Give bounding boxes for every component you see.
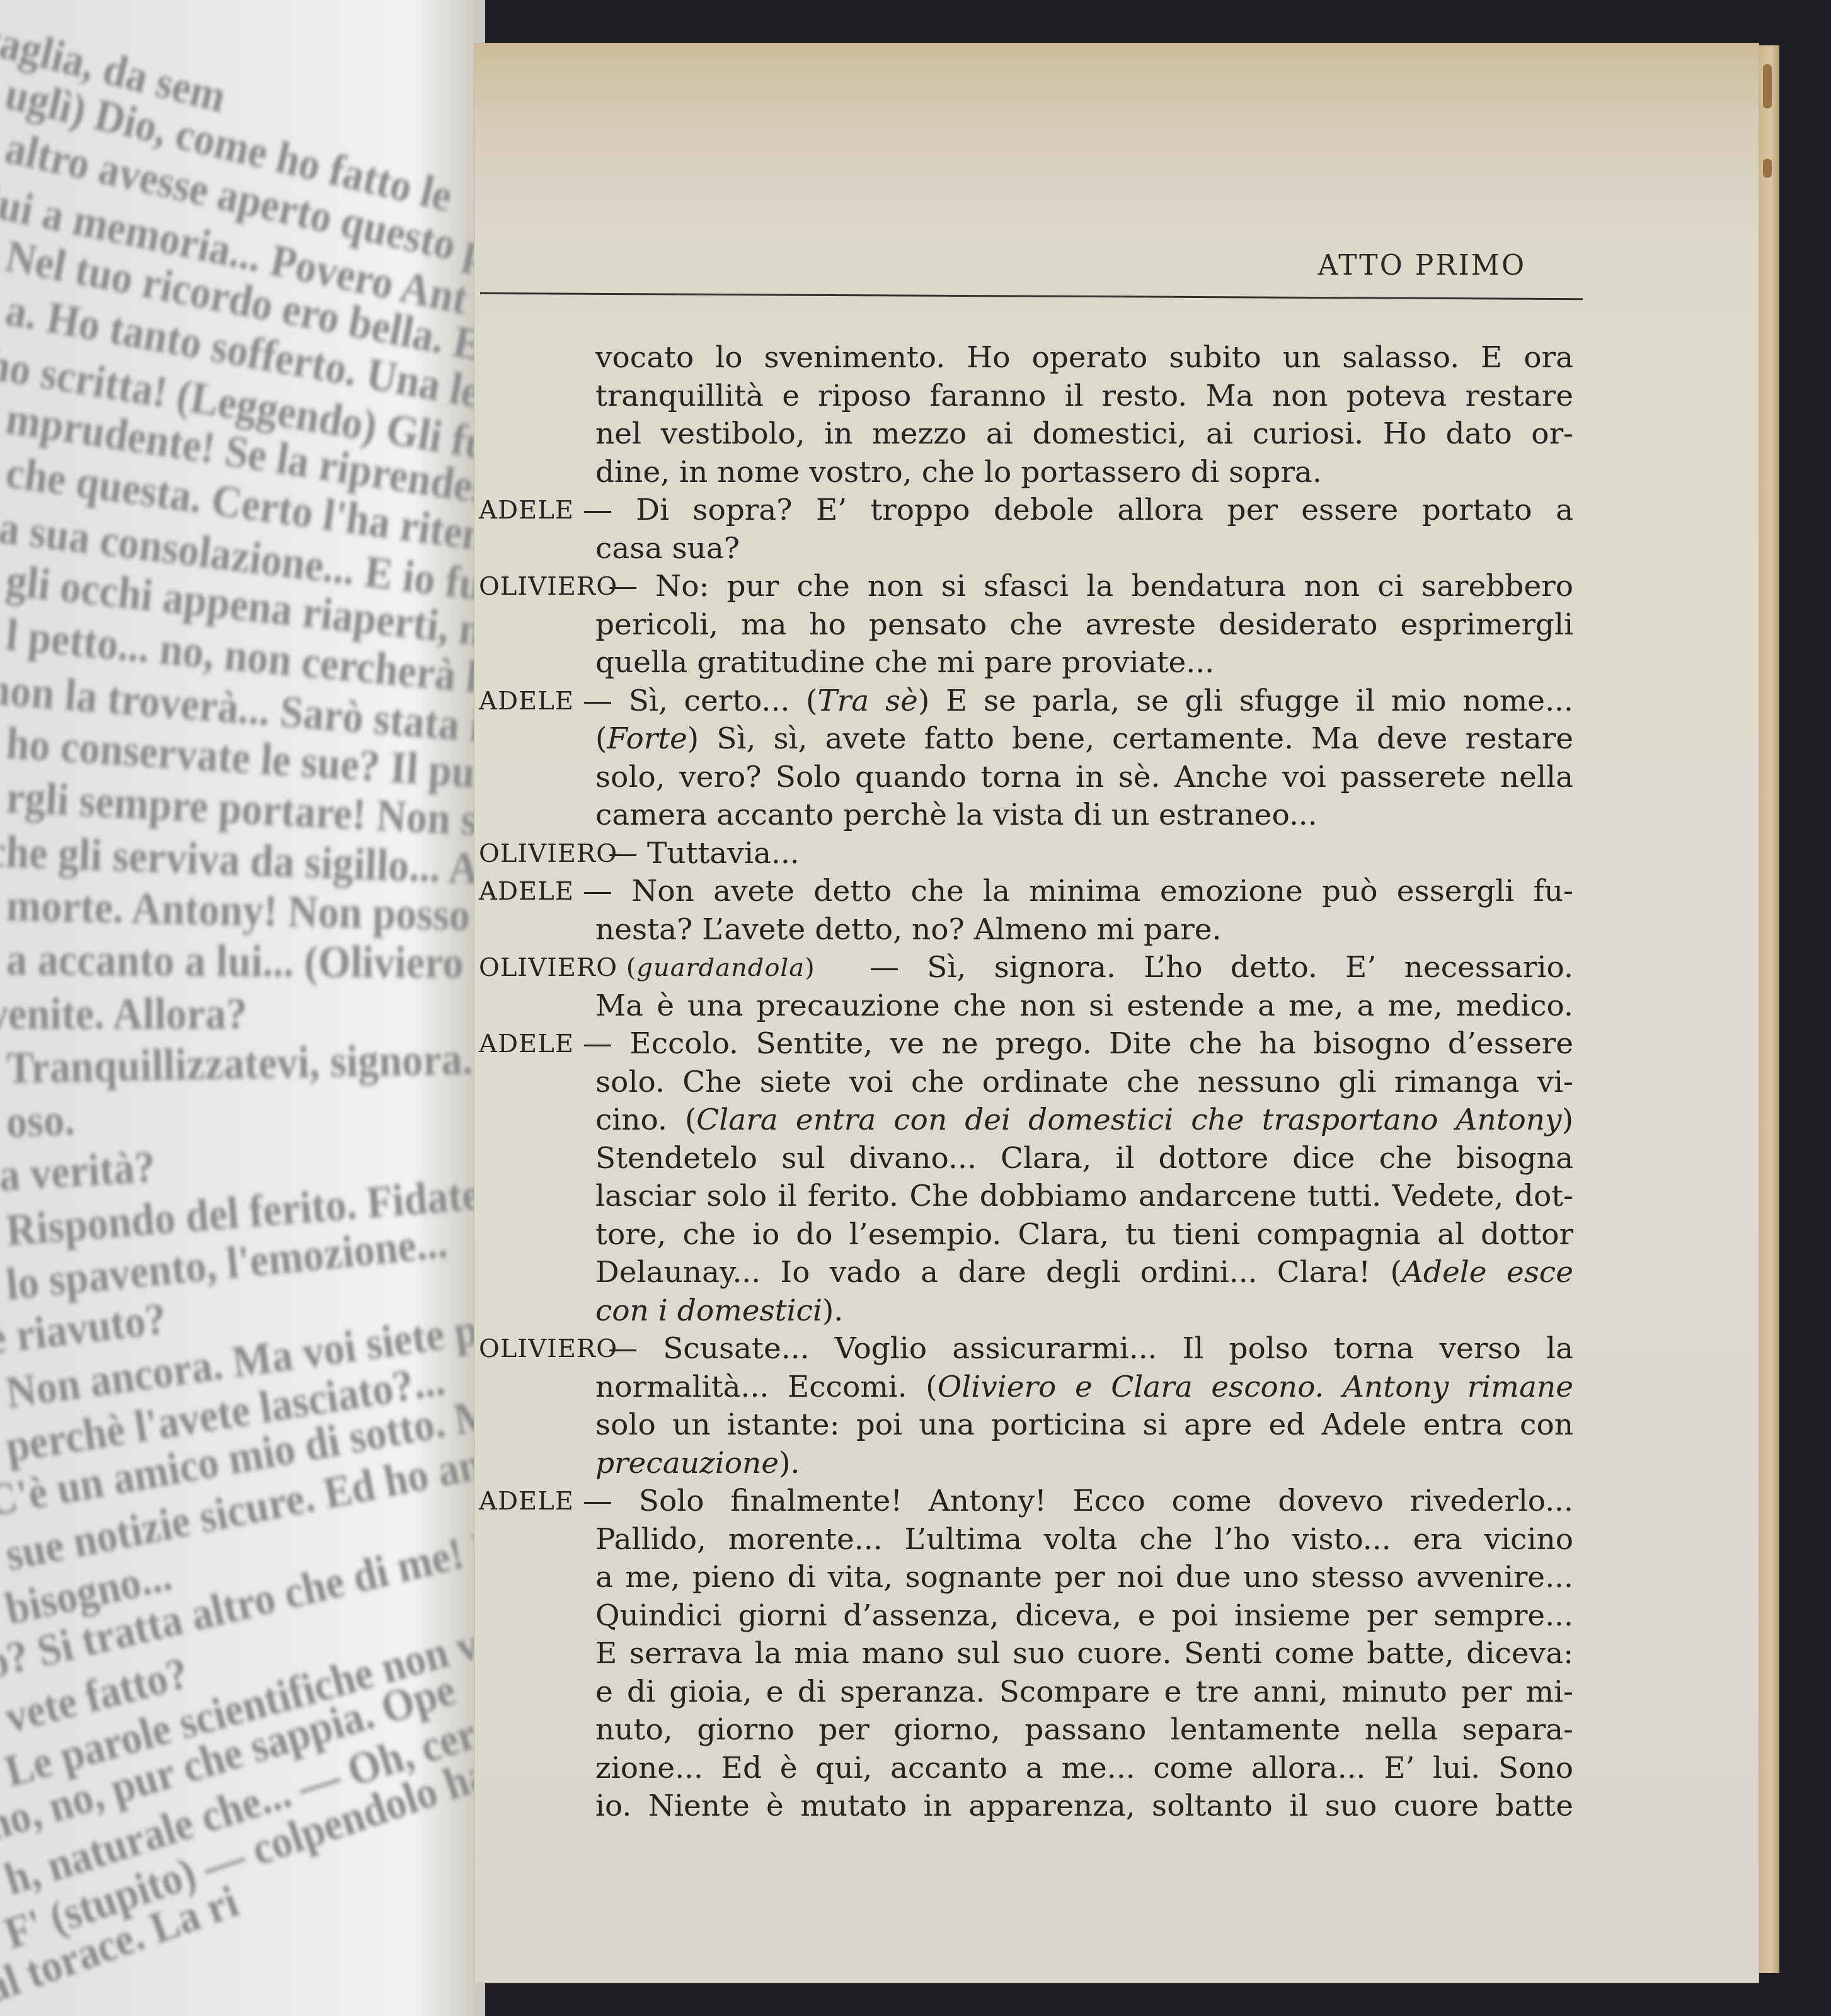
book-page-right: ATTO PRIMO vocato lo svenimento. Ho oper…	[474, 43, 1759, 1983]
page-body: vocato lo svenimento. Ho operato subito …	[474, 339, 1759, 1826]
dialogue-text: nel vestibolo, in mezzo ai domestici, ai…	[595, 415, 1573, 454]
text-line: OLIVIERO (guardandola)— Sì, signora. L’h…	[474, 949, 1759, 987]
text-line: lasciar solo il ferito. Che dobbiamo and…	[474, 1177, 1759, 1216]
facing-page-line: Tranquillizzatevi, signora. L'acce	[6, 1031, 485, 1094]
text-line: Stendetelo sul divano... Clara, il dotto…	[474, 1140, 1759, 1178]
dialogue-text: nuto, giorno per giorno, passano lentame…	[595, 1711, 1573, 1750]
dialogue-text: — Scusate... Voglio assicurarmi... Il po…	[608, 1330, 1573, 1368]
text-line: nuto, giorno per giorno, passano lentame…	[474, 1711, 1759, 1750]
dialogue-text: — Di sopra? E’ troppo debole allora per …	[583, 491, 1573, 530]
facing-page-line: la verità?	[0, 1141, 157, 1203]
text-line: normalità... Eccomi. (Oliviero e Clara e…	[474, 1368, 1759, 1407]
text-line: quella gratitudine che mi pare proviate.…	[474, 644, 1759, 682]
text-line: zione... Ed è qui, accanto a me... come …	[474, 1750, 1759, 1788]
dialogue-text: precauzione).	[595, 1445, 1573, 1483]
dialogue-text: — Eccolo. Sentite, ve ne prego. Dite che…	[583, 1025, 1573, 1063]
text-line: solo un istante: poi una porticina si ap…	[474, 1406, 1759, 1445]
speaker-label: ADELE	[479, 1482, 574, 1521]
text-line: solo, vero? Solo quando torna in sè. Anc…	[474, 759, 1759, 797]
text-line: OLIVIERO— Tuttavia...	[474, 835, 1759, 873]
dialogue-text: solo, vero? Solo quando torna in sè. Anc…	[595, 759, 1573, 797]
dialogue-text: solo un istante: poi una porticina si ap…	[595, 1406, 1573, 1445]
facing-page-left: taglia, da semuglì) Dio, come ho fatto l…	[0, 0, 485, 2016]
speaker-label: OLIVIERO (guardandola)	[479, 949, 815, 987]
dialogue-text: E serrava la mia mano sul suo cuore. Sen…	[595, 1635, 1573, 1673]
speaker-label: ADELE	[479, 682, 574, 721]
speaker-label: ADELE	[479, 491, 574, 530]
dialogue-text: casa sua?	[595, 530, 1573, 568]
text-line: Ma è una precauzione che non si estende …	[474, 987, 1759, 1026]
dialogue-text: normalità... Eccomi. (Oliviero e Clara e…	[595, 1368, 1573, 1407]
speaker-label: OLIVIERO	[479, 568, 617, 606]
dialogue-text: lasciar solo il ferito. Che dobbiamo and…	[595, 1177, 1573, 1216]
running-head: ATTO PRIMO	[1318, 249, 1526, 282]
dialogue-text: a me, pieno di vita, sognante per noi du…	[595, 1559, 1573, 1597]
dialogue-text: tranquillità e riposo faranno il resto. …	[595, 377, 1573, 416]
dialogue-text: tore, che io do l’esempio. Clara, tu tie…	[595, 1216, 1573, 1254]
speaker-label: OLIVIERO	[479, 1330, 617, 1368]
text-line: nesta? L’avete detto, no? Almeno mi pare…	[474, 911, 1759, 949]
facing-page-line: oso.	[5, 1094, 76, 1148]
dialogue-text: Quindici giorni d’assenza, diceva, e poi…	[595, 1597, 1573, 1635]
text-line: ADELE— Non avete detto che la minima emo…	[474, 873, 1759, 911]
speaker-label: OLIVIERO	[479, 835, 617, 873]
text-line: con i domestici).	[474, 1292, 1759, 1331]
dialogue-text: pericoli, ma ho pensato che avreste desi…	[595, 606, 1573, 644]
text-line: OLIVIERO— Scusate... Voglio assicurarmi.…	[474, 1330, 1759, 1368]
text-line: nel vestibolo, in mezzo ai domestici, ai…	[474, 415, 1759, 454]
text-line: camera accanto perchè la vista di un est…	[474, 796, 1759, 835]
dialogue-text: Delaunay... Io vado a dare degli ordini.…	[595, 1254, 1573, 1292]
dialogue-text: nesta? L’avete detto, no? Almeno mi pare…	[595, 911, 1573, 949]
text-line: cino. (Clara entra con dei domestici che…	[474, 1101, 1759, 1140]
text-line: tranquillità e riposo faranno il resto. …	[474, 377, 1759, 416]
dialogue-text: con i domestici).	[595, 1292, 1573, 1331]
dialogue-text: e di gioia, e di speranza. Scompare e tr…	[595, 1673, 1573, 1712]
text-line: precauzione).	[474, 1445, 1759, 1483]
text-line: Delaunay... Io vado a dare degli ordini.…	[474, 1254, 1759, 1292]
page-stain	[1763, 159, 1772, 178]
page-stain	[1763, 64, 1772, 108]
text-line: (Forte) Sì, sì, avete fatto bene, certam…	[474, 720, 1759, 759]
dialogue-text: — Non avete detto che la minima emozione…	[583, 873, 1573, 911]
dialogue-text: Stendetelo sul divano... Clara, il dotto…	[595, 1140, 1573, 1178]
text-line: Pallido, morente... L’ultima volta che l…	[474, 1521, 1759, 1559]
text-line: solo. Che siete voi che ordinate che nes…	[474, 1063, 1759, 1102]
text-line: casa sua?	[474, 530, 1759, 568]
header-rule	[480, 292, 1583, 300]
dialogue-text: Ma è una precauzione che non si estende …	[595, 987, 1573, 1026]
dialogue-text: — Tuttavia...	[608, 835, 1573, 873]
text-line: ADELE— Sì, certo... (Tra sè) E se parla,…	[474, 682, 1759, 721]
text-line: OLIVIERO— No: pur che non si sfasci la b…	[474, 568, 1759, 606]
dialogue-text: solo. Che siete voi che ordinate che nes…	[595, 1063, 1573, 1102]
speaker-label: ADELE	[479, 1025, 574, 1063]
dialogue-text: vocato lo svenimento. Ho operato subito …	[595, 339, 1573, 377]
text-line: ADELE— Di sopra? E’ troppo debole allora…	[474, 491, 1759, 530]
text-line: e di gioia, e di speranza. Scompare e tr…	[474, 1673, 1759, 1712]
text-line: vocato lo svenimento. Ho operato subito …	[474, 339, 1759, 377]
dialogue-text: cino. (Clara entra con dei domestici che…	[595, 1101, 1573, 1140]
dialogue-text: Pallido, morente... L’ultima volta che l…	[595, 1521, 1573, 1559]
facing-page-line: venite. Allora?	[0, 988, 247, 1040]
text-line: ADELE— Solo finalmente! Antony! Ecco com…	[474, 1482, 1759, 1521]
dialogue-text: zione... Ed è qui, accanto a me... come …	[595, 1750, 1573, 1788]
dialogue-text: — No: pur che non si sfasci la bendatura…	[608, 568, 1573, 606]
dialogue-text: (Forte) Sì, sì, avete fatto bene, certam…	[595, 720, 1573, 759]
dialogue-text: camera accanto perchè la vista di un est…	[595, 796, 1573, 835]
text-line: a me, pieno di vita, sognante per noi du…	[474, 1559, 1759, 1597]
dialogue-text: — Solo finalmente! Antony! Ecco come dov…	[583, 1482, 1573, 1521]
facing-page-line: a accanto a lui... (Oliviero com	[6, 934, 485, 990]
page-edge	[1758, 45, 1779, 1973]
dialogue-text: dine, in nome vostro, che lo portassero …	[595, 454, 1573, 492]
dialogue-text: quella gratitudine che mi pare proviate.…	[595, 644, 1573, 682]
text-line: ADELE— Eccolo. Sentite, ve ne prego. Dit…	[474, 1025, 1759, 1063]
dialogue-text: io. Niente è mutato in apparenza, soltan…	[595, 1787, 1573, 1826]
dialogue-text: — Sì, certo... (Tra sè) E se parla, se g…	[583, 682, 1573, 721]
text-line: E serrava la mia mano sul suo cuore. Sen…	[474, 1635, 1759, 1673]
text-line: pericoli, ma ho pensato che avreste desi…	[474, 606, 1759, 644]
text-line: io. Niente è mutato in apparenza, soltan…	[474, 1787, 1759, 1826]
text-line: dine, in nome vostro, che lo portassero …	[474, 454, 1759, 492]
speaker-label: ADELE	[479, 873, 574, 911]
text-line: Quindici giorni d’assenza, diceva, e poi…	[474, 1597, 1759, 1635]
dialogue-text: — Sì, signora. L’ho detto. E’ necessario…	[870, 949, 1573, 987]
text-line: tore, che io do l’esempio. Clara, tu tie…	[474, 1216, 1759, 1254]
